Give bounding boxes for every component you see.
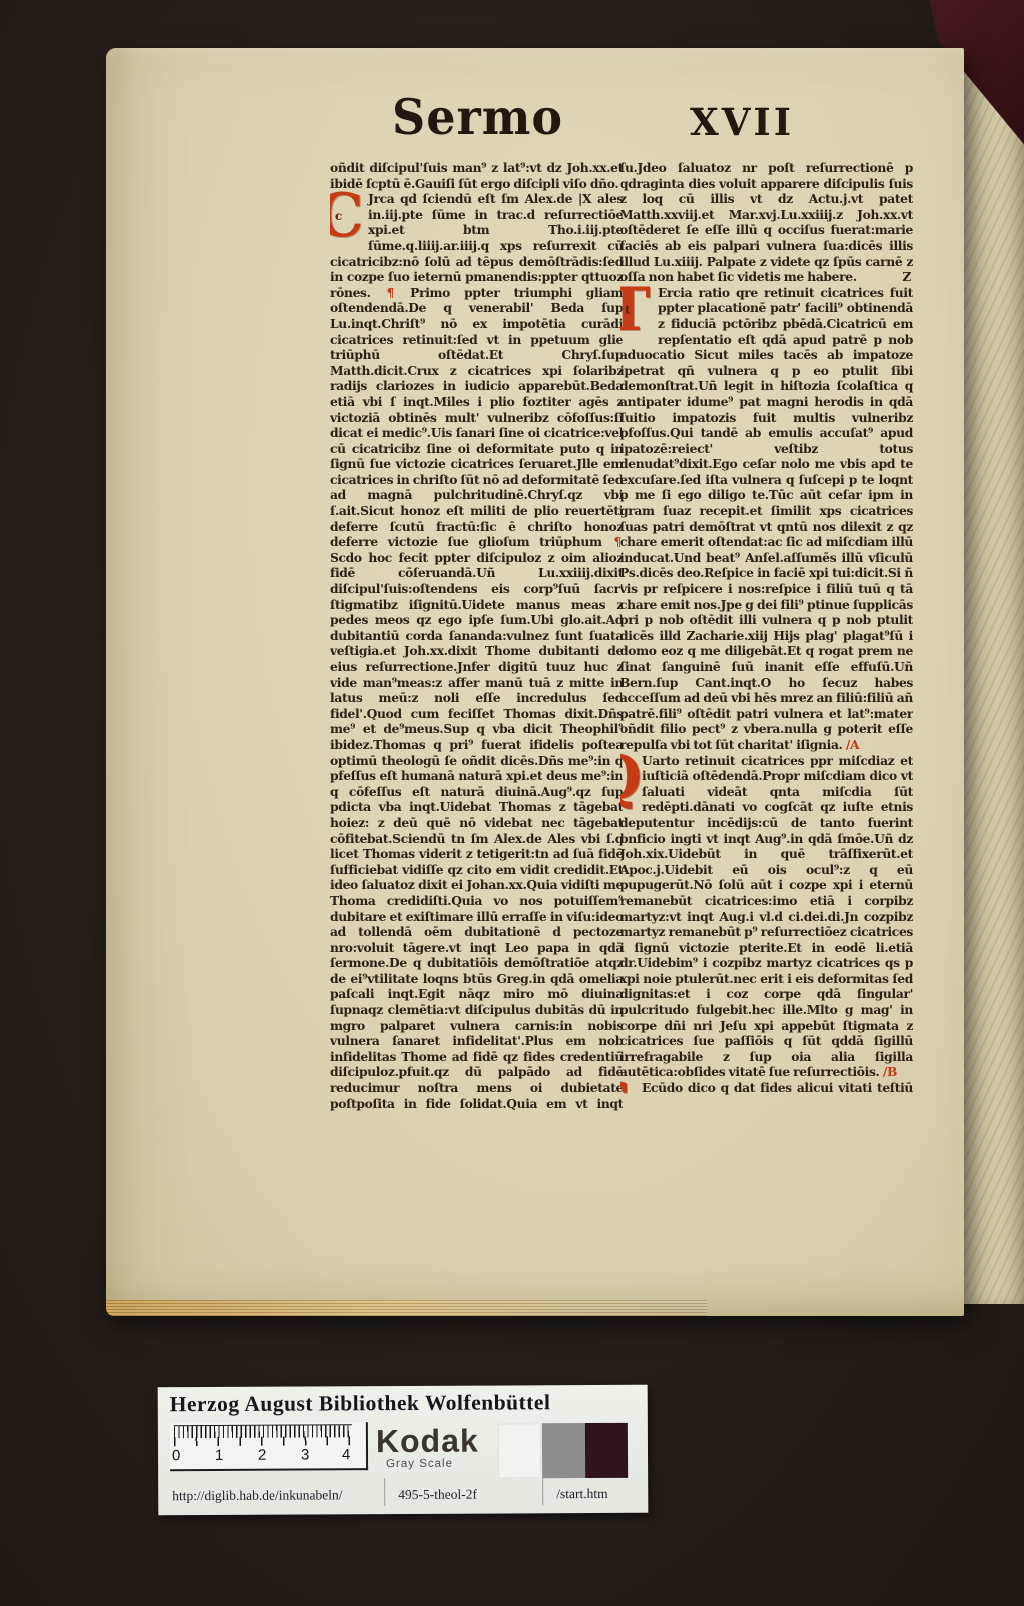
gray-scale-patch-black xyxy=(585,1423,628,1478)
column-text: Ercia ratio qre retinuit cicatrices fuit… xyxy=(620,285,913,752)
column-text: Scdo hoc fecit ppter diſcipuloz z oim al… xyxy=(330,550,623,1112)
label-divider xyxy=(542,1477,543,1505)
pilcrow-mark: ¶ xyxy=(385,285,396,300)
column-text: oñdit diſcipul'ſuis man⁹ z lat⁹:vt dz Jo… xyxy=(330,160,623,191)
label-divider xyxy=(384,1478,385,1506)
book-page: Sermo XVII oñdit diſcipul'ſuis man⁹ z la… xyxy=(106,48,964,1316)
ruler-number: 1 xyxy=(215,1447,223,1465)
kodak-brand: Kodak xyxy=(376,1424,479,1459)
gray-scale-patch-gray xyxy=(542,1423,585,1478)
paragraph: S s Ecūdo dico q dat fides alicui vitati… xyxy=(620,1080,913,1098)
rubric-end-mark: /B xyxy=(883,1064,897,1079)
lombard-initial-q: Q q xyxy=(620,756,636,802)
leaf-fore-edge-left xyxy=(106,48,132,1316)
lombard-initial-t: T t xyxy=(620,288,652,334)
column-text: Primo ppter triumphi gliam oſtendendā.De… xyxy=(330,285,623,550)
column-text: Jrca qd ſciendū eſt ſm Alex.de |X ales i… xyxy=(330,191,623,300)
ruler-number: 3 xyxy=(301,1446,309,1464)
rubric-end-mark: /A xyxy=(846,737,859,752)
library-name: Herzog August Bibliothek Wolfenbüttel xyxy=(170,1389,640,1417)
margin-letter-z: Z xyxy=(902,269,911,285)
centimeter-ruler: 0 1 2 3 4 xyxy=(170,1422,368,1471)
ruler-number: 4 xyxy=(342,1446,350,1464)
running-head-sermo: Sermo xyxy=(392,89,563,146)
ruler-halfcm-ticks xyxy=(174,1436,352,1446)
paragraph: C c Jrca qd ſciendū eſt ſm Alex.de |X al… xyxy=(330,191,623,1112)
label-url: http://diglib.hab.de/inkunabeln/ xyxy=(172,1482,342,1509)
label-bottom-row: http://diglib.hab.de/inkunabeln/ 495-5-t… xyxy=(158,1481,648,1514)
column-text: Uarto retinuit cicatrices ppr miſcdiaz e… xyxy=(620,753,913,1080)
guide-letter: c xyxy=(335,210,342,222)
ruler-number: 2 xyxy=(258,1447,266,1465)
photo-background: { "photo": { "background_color": "#261e1… xyxy=(0,0,1024,1606)
text-column-right: Z ſu.Jdeo ſaluatoz nr poſt reſurrectionē… xyxy=(620,160,913,1098)
ruler-number: 0 xyxy=(172,1447,180,1465)
guide-letter: t xyxy=(625,304,630,316)
paragraph: T t Ercia ratio qre retinuit cicatrices … xyxy=(620,285,913,753)
label-shelfmark: 495-5-theol-2f xyxy=(398,1482,477,1508)
paragraph: Q q Uarto retinuit cicatrices ppr miſcdi… xyxy=(620,753,913,1080)
text-column-left: oñdit diſcipul'ſuis man⁹ z lat⁹:vt dz Jo… xyxy=(330,160,623,1112)
facing-page-edge xyxy=(962,42,1024,1304)
gray-scale-label: Gray Scale xyxy=(386,1458,453,1471)
column-text: ſu.Jdeo ſaluatoz nr poſt reſurrectionē p… xyxy=(620,160,913,284)
paragraph: ſu.Jdeo ſaluatoz nr poſt reſurrectionē p… xyxy=(620,160,913,285)
paragraph: oñdit diſcipul'ſuis man⁹ z lat⁹:vt dz Jo… xyxy=(330,160,623,191)
running-head-numeral: XVII xyxy=(690,100,794,144)
lombard-initial-c: C c xyxy=(330,194,362,240)
column-text: Ecūdo dico q dat fides alicui vitati teſ… xyxy=(642,1080,913,1098)
leaf-fore-edge-bottom xyxy=(106,1300,707,1316)
label-start-path: /start.htm xyxy=(556,1481,608,1507)
lombard-initial-s: S s xyxy=(620,1083,636,1098)
library-label-card: Herzog August Bibliothek Wolfenbüttel 0 … xyxy=(158,1385,649,1516)
gray-scale-patch-white xyxy=(498,1423,541,1478)
